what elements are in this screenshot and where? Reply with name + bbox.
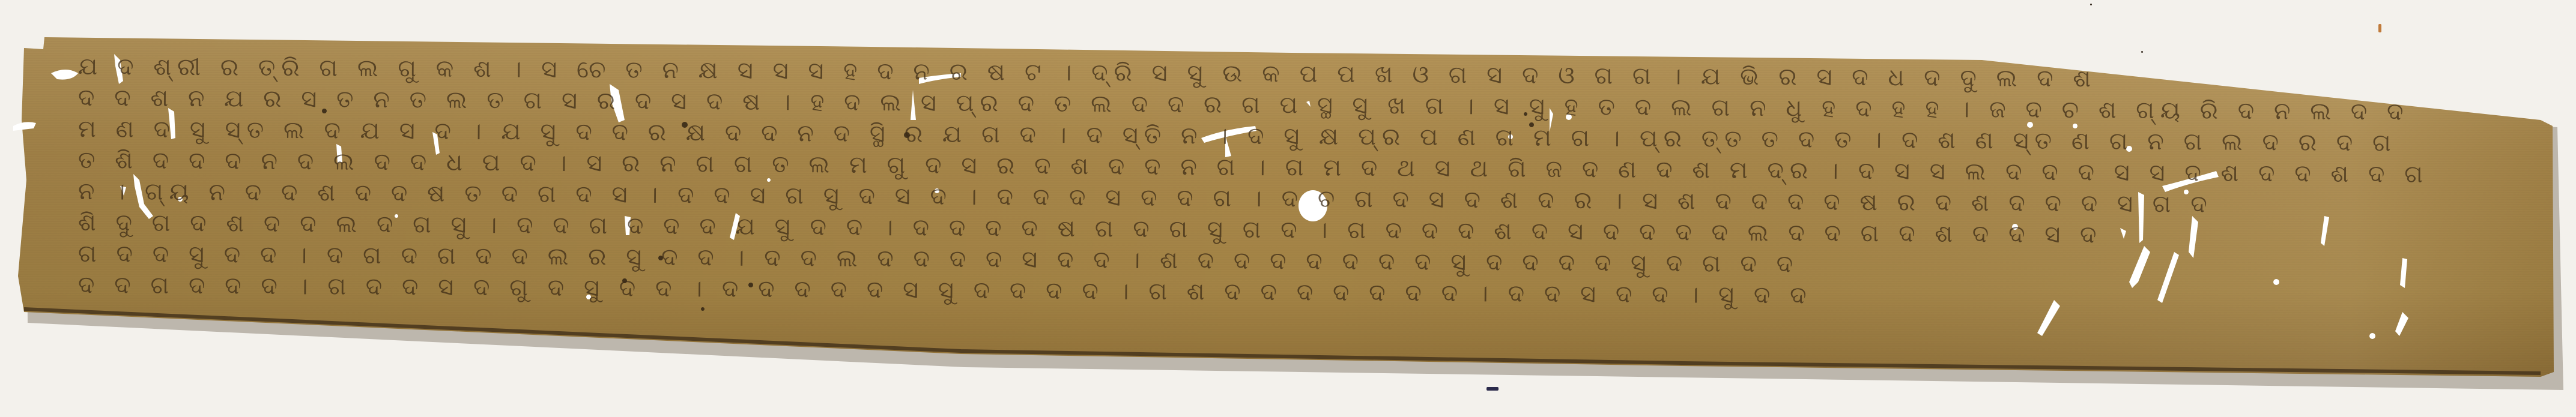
background-speck (2141, 51, 2143, 53)
manuscript-text: ଯ ଦ ଶ୍ରୀ ର ତ୍ରି ଗ ଲ ଗୁ କ ଶ । ସ ଚେ ତ ନ କ୍… (0, 0, 2576, 417)
background-speck (2090, 4, 2092, 5)
background-speck (2378, 24, 2381, 32)
text-line-8: ଦ ଦ ଗ ଦ ଦ ଦ । ଗ ଦ ଦ ସ ଦ ଗୁ ଦ ସୁ ଦ ଦ । ଦ … (78, 271, 1813, 310)
background-speck (1487, 387, 1499, 391)
